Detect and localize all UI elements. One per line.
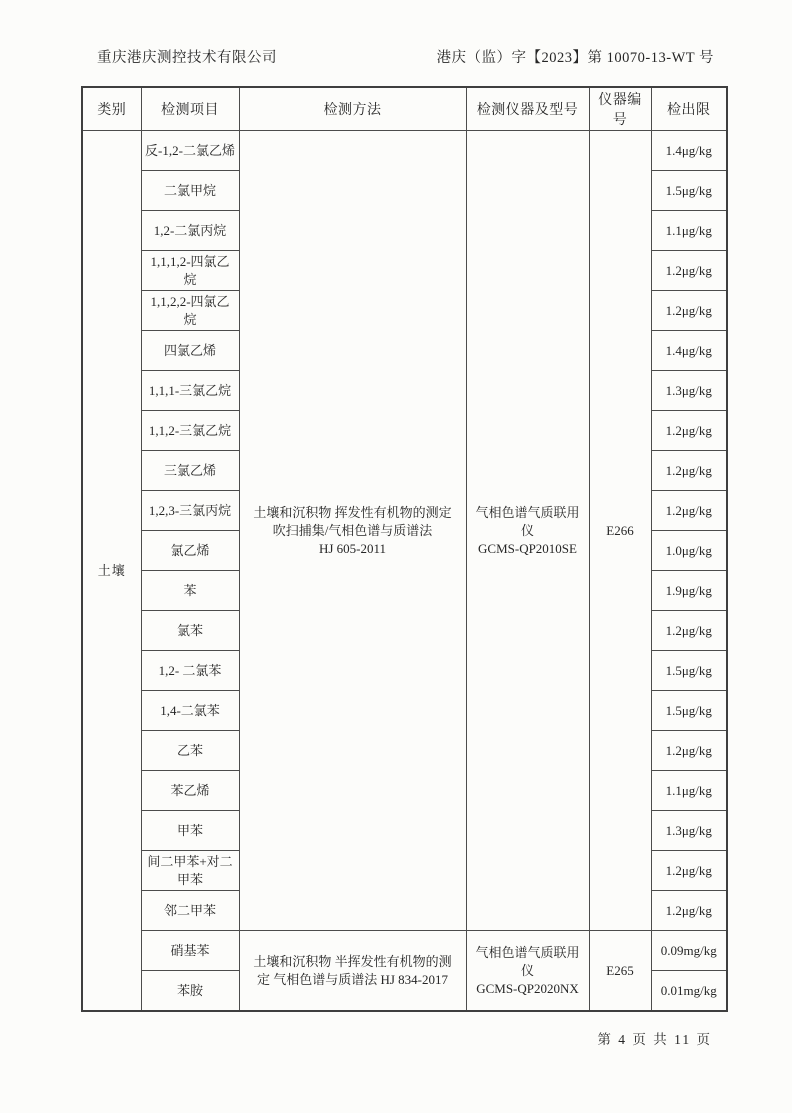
scanned-report-page: 重庆港庆测控技术有限公司 港庆（监）字【2023】第 10070-13-WT 号… [0, 0, 792, 1113]
limit-cell: 1.2μg/kg [651, 611, 727, 651]
item-cell: 氯乙烯 [141, 531, 239, 571]
item-cell: 1,4-二氯苯 [141, 691, 239, 731]
item-cell: 苯 [141, 571, 239, 611]
instrument-cell: 气相色谱气质联用仪 GCMS-QP2020NX [466, 931, 589, 1012]
column-header-item: 检测项目 [141, 87, 239, 131]
detection-limits-table: 类别 检测项目 检测方法 检测仪器及型号 仪器编号 检出限 土壤反-1,2-二氯… [81, 86, 728, 1012]
table-body: 土壤反-1,2-二氯乙烯土壤和沉积物 挥发性有机物的测定 吹扫捕集/气相色谱与质… [82, 131, 727, 1012]
limit-cell: 1.2μg/kg [651, 891, 727, 931]
instrument-no-cell: E265 [589, 931, 651, 1012]
item-cell: 苯乙烯 [141, 771, 239, 811]
item-cell: 1,1,2-三氯乙烷 [141, 411, 239, 451]
instrument-no-cell: E266 [589, 131, 651, 931]
item-cell: 1,2,3-三氯丙烷 [141, 491, 239, 531]
limit-cell: 1.2μg/kg [651, 251, 727, 291]
column-header-category: 类别 [82, 87, 141, 131]
item-cell: 乙苯 [141, 731, 239, 771]
instrument-cell: 气相色谱气质联用仪 GCMS-QP2010SE [466, 131, 589, 931]
item-cell: 1,1,1,2-四氯乙烷 [141, 251, 239, 291]
table-row: 土壤反-1,2-二氯乙烯土壤和沉积物 挥发性有机物的测定 吹扫捕集/气相色谱与质… [82, 131, 727, 171]
limit-cell: 1.0μg/kg [651, 531, 727, 571]
limit-cell: 1.5μg/kg [651, 691, 727, 731]
limit-cell: 1.2μg/kg [651, 451, 727, 491]
category-cell: 土壤 [82, 131, 141, 1012]
method-cell: 土壤和沉积物 挥发性有机物的测定 吹扫捕集/气相色谱与质谱法 HJ 605-20… [239, 131, 466, 931]
limit-cell: 1.4μg/kg [651, 131, 727, 171]
item-cell: 氯苯 [141, 611, 239, 651]
column-header-limit: 检出限 [651, 87, 727, 131]
limit-cell: 1.2μg/kg [651, 411, 727, 451]
column-header-instrument-no: 仪器编号 [589, 87, 651, 131]
limit-cell: 1.2μg/kg [651, 731, 727, 771]
item-cell: 甲苯 [141, 811, 239, 851]
document-header: 重庆港庆测控技术有限公司 港庆（监）字【2023】第 10070-13-WT 号 [97, 46, 714, 67]
limit-cell: 0.01mg/kg [651, 971, 727, 1012]
item-cell: 三氯乙烯 [141, 451, 239, 491]
table-row: 硝基苯土壤和沉积物 半挥发性有机物的测 定 气相色谱与质谱法 HJ 834-20… [82, 931, 727, 971]
item-cell: 1,2- 二氯苯 [141, 651, 239, 691]
limit-cell: 1.1μg/kg [651, 211, 727, 251]
item-cell: 邻二甲苯 [141, 891, 239, 931]
limit-cell: 1.2μg/kg [651, 491, 727, 531]
table-header-row: 类别 检测项目 检测方法 检测仪器及型号 仪器编号 检出限 [82, 87, 727, 131]
page-number: 第 4 页 共 11 页 [597, 1028, 712, 1048]
company-name: 重庆港庆测控技术有限公司 [97, 46, 277, 67]
column-header-method: 检测方法 [239, 87, 466, 131]
limit-cell: 1.2μg/kg [651, 851, 727, 891]
report-number: 港庆（监）字【2023】第 10070-13-WT 号 [437, 46, 714, 67]
item-cell: 四氯乙烯 [141, 331, 239, 371]
limit-cell: 1.3μg/kg [651, 811, 727, 851]
limit-cell: 1.4μg/kg [651, 331, 727, 371]
item-cell: 二氯甲烷 [141, 171, 239, 211]
limit-cell: 1.3μg/kg [651, 371, 727, 411]
item-cell: 硝基苯 [141, 931, 239, 971]
item-cell: 反-1,2-二氯乙烯 [141, 131, 239, 171]
column-header-instrument: 检测仪器及型号 [466, 87, 589, 131]
table-header: 类别 检测项目 检测方法 检测仪器及型号 仪器编号 检出限 [82, 87, 727, 131]
limit-cell: 0.09mg/kg [651, 931, 727, 971]
limit-cell: 1.5μg/kg [651, 651, 727, 691]
item-cell: 1,2-二氯丙烷 [141, 211, 239, 251]
limit-cell: 1.1μg/kg [651, 771, 727, 811]
item-cell: 苯胺 [141, 971, 239, 1012]
method-cell: 土壤和沉积物 半挥发性有机物的测 定 气相色谱与质谱法 HJ 834-2017 [239, 931, 466, 1012]
item-cell: 1,1,2,2-四氯乙烷 [141, 291, 239, 331]
limit-cell: 1.9μg/kg [651, 571, 727, 611]
item-cell: 间二甲苯+对二甲苯 [141, 851, 239, 891]
limit-cell: 1.2μg/kg [651, 291, 727, 331]
item-cell: 1,1,1-三氯乙烷 [141, 371, 239, 411]
limit-cell: 1.5μg/kg [651, 171, 727, 211]
